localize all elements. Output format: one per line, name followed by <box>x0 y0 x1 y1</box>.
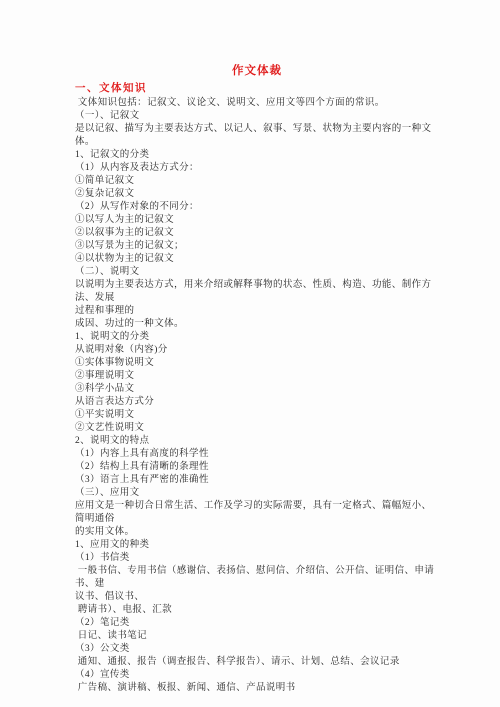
text-line: 1、记叙文的分类 <box>75 149 439 162</box>
text-line: ④以状物为主的记叙文 <box>75 253 439 266</box>
text-line: （1）书信类 <box>75 552 439 565</box>
text-line: （一）、记叙文 <box>75 110 439 123</box>
text-line: 日记、读书笔记 <box>75 630 439 643</box>
text-line: （三）、应用文 <box>75 487 439 500</box>
text-line: 的实用文体。 <box>75 526 439 539</box>
document-content: 作文体裁 一、文体知识 文体知识包括：记叙文、议论文、说明文、应用文等四个方面的… <box>75 64 439 695</box>
text-line: 文体知识包括：记叙文、议论文、说明文、应用文等四个方面的常识。 <box>75 97 439 110</box>
text-line: （2）笔记类 <box>75 617 439 630</box>
document-body: 文体知识包括：记叙文、议论文、说明文、应用文等四个方面的常识。（一）、记叙文是以… <box>75 97 439 695</box>
text-line: 是以记叙、描写为主要表达方式、以记人、叙事、写景、状物为主要内容的一种文体。 <box>75 123 439 149</box>
text-line: （3）公文类 <box>75 643 439 656</box>
text-line: 聘请书）、电报、汇款 <box>75 604 439 617</box>
text-line: 2、说明文的特点 <box>75 435 439 448</box>
text-line: （3）语言上具有严密的准确性 <box>75 474 439 487</box>
text-line: 过程和事理的 <box>75 305 439 318</box>
text-line: （4）宣传类 <box>75 669 439 682</box>
text-line: 议书、倡议书、 <box>75 591 439 604</box>
text-line: ①平实说明文 <box>75 409 439 422</box>
text-line: 广告稿、演讲稿、板报、新闻、通信、产品说明书 <box>75 682 439 695</box>
text-line: 从说明对象（内容)分 <box>75 344 439 357</box>
text-line: 一般书信、专用书信（感谢信、表扬信、慰问信、介绍信、公开信、证明信、申请书、建 <box>75 565 439 591</box>
text-line: ①实体事物说明文 <box>75 357 439 370</box>
text-line: ③以写景为主的记叙文； <box>75 240 439 253</box>
document-page: 作文体裁 一、文体知识 文体知识包括：记叙文、议论文、说明文、应用文等四个方面的… <box>0 0 500 707</box>
text-line: ②复杂记叙文 <box>75 188 439 201</box>
text-line: 1、说明文的分类 <box>75 331 439 344</box>
document-title: 作文体裁 <box>75 64 439 78</box>
text-line: ②事理说明文 <box>75 370 439 383</box>
text-line: （2）结构上具有清晰的条理性 <box>75 461 439 474</box>
text-line: ②以叙事为主的记叙文 <box>75 227 439 240</box>
text-line: （2）从写作对象的不同分： <box>75 201 439 214</box>
text-line: （1）从内容及表达方式分： <box>75 162 439 175</box>
text-line: ②文艺性说明文 <box>75 422 439 435</box>
text-line: 通知、通报、报告（调查报告、科学报告）、请示、计划、总结、会议记录 <box>75 656 439 669</box>
section-heading: 一、文体知识 <box>75 82 439 95</box>
text-line: ③科学小品文 <box>75 383 439 396</box>
text-line: 从语言表达方式分 <box>75 396 439 409</box>
text-line: 1、应用文的种类 <box>75 539 439 552</box>
text-line: ①以写人为主的记叙文 <box>75 214 439 227</box>
text-line: （1）内容上具有高度的科学性 <box>75 448 439 461</box>
text-line: ①简单记叙文 <box>75 175 439 188</box>
text-line: 以说明为主要表达方式，用来介绍或解释事物的状态、性质、构造、功能、制作方法、发展 <box>75 279 439 305</box>
text-line: 应用文是一种切合日常生活、工作及学习的实际需要，具有一定格式、篇幅短小、简明通俗 <box>75 500 439 526</box>
text-line: 成因、功过的一种文体。 <box>75 318 439 331</box>
text-line: （二）、说明文 <box>75 266 439 279</box>
